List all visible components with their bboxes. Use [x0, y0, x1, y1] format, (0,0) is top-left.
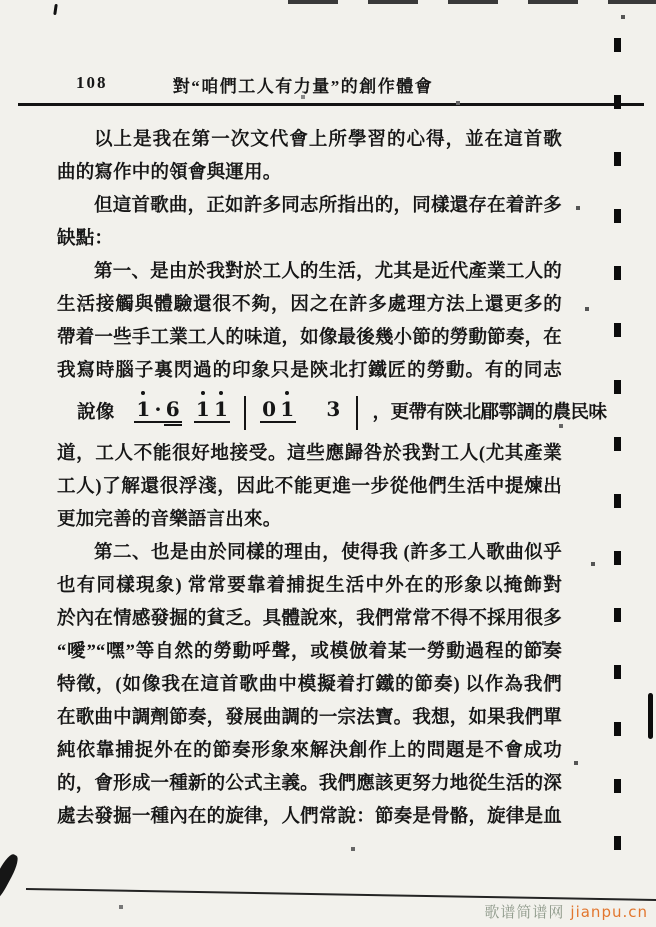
scan-edge-top-dashes [288, 0, 656, 4]
double-underline [164, 424, 182, 426]
octave-dot-icon [201, 391, 205, 395]
octave-dot-icon [219, 391, 223, 395]
body-text: 以上是我在第一次文代會上所學習的心得，並在這首歌曲的寫作中的領會與運用。但這首歌… [57, 124, 562, 834]
octave-dot-icon [285, 391, 289, 395]
text-line: “噯”“嘿”等自然的勞動呼聲，或模倣着某一勞動過程的節奏 [57, 636, 562, 669]
running-title: 對“咱們工人有力量”的創作體會 [173, 72, 434, 97]
text-line: 於內在情感發掘的貧乏。具體說來，我們常常不得不採用很多 [57, 603, 562, 636]
text-line: 處去發掘一種內在的旋律，人們常說：節奏是骨骼，旋律是血 [57, 801, 562, 834]
scan-corner-blob [0, 852, 21, 904]
text-line: 工人)了解還很浮淺，因此不能更進一步從他們生活中提煉出 [57, 471, 562, 504]
binding-mark [648, 693, 653, 739]
text-line: 我寫時腦子裏閃過的印象只是陝北打鐵匠的勞動。有的同志 [57, 355, 562, 388]
scan-speck [53, 4, 58, 15]
text-line: 帶着一些手工業工人的味道，如像最後幾小節的勞動節奏，在 [57, 322, 562, 355]
text-line: 特徵，(如像我在這首歌曲中模擬着打鐵的節奏) 以作為我們 [57, 669, 562, 702]
text-line: 缺點： [57, 223, 562, 256]
text-line: 生活接觸與體驗還很不夠，因之在許多處理方法上還更多的 [57, 289, 562, 322]
watermark: 歌谱简谱网jianpu.cn [484, 901, 648, 922]
jianpu-notation: 1·611013 [128, 396, 366, 430]
music-notation-line: 說像1·611013，更帶有陝北郿鄠調的農民味 [57, 388, 562, 438]
note-group: 3 [322, 399, 344, 428]
scan-noise-specks [0, 0, 2, 2]
note: 0 [260, 399, 278, 419]
note: 3 [324, 399, 342, 419]
watermark-site-name: 歌谱简谱网 [484, 903, 564, 921]
page-header: 108 對“咱們工人有力量”的創作體會 [0, 72, 656, 98]
note: 1 [134, 399, 152, 419]
barline-icon [244, 396, 246, 430]
note-group: 11 [192, 399, 232, 428]
octave-dot-icon [141, 391, 145, 395]
text-line: 以上是我在第一次文代會上所學習的心得，並在這首歌 [57, 124, 562, 157]
watermark-site-url: jianpu.cn [570, 903, 648, 921]
binding-stitch-marks [614, 28, 621, 860]
page-number: 108 [76, 73, 108, 93]
text-line: 第一、是由於我對於工人的生活，尤其是近代產業工人的 [57, 256, 562, 289]
music-line-prefix: 說像 [77, 397, 114, 430]
music-line-suffix: ，更帶有陝北郿鄠調的農民味 [372, 397, 606, 430]
scan-bottom-edge [26, 888, 656, 901]
text-line: 的，會形成一種新的公式主義。我們應該更努力地從生活的深 [57, 768, 562, 801]
note-group: 01 [258, 399, 298, 428]
scanned-book-page: 108 對“咱們工人有力量”的創作體會 以上是我在第一次文代會上所學習的心得，並… [0, 0, 656, 927]
text-line: 在歌曲中調劑節奏，發展曲調的一宗法寶。我想，如果我們單 [57, 702, 562, 735]
note: 1 [278, 399, 296, 419]
text-line: 也有同樣現象) 常常要靠着捕捉生活中外在的形象以掩飾對 [57, 570, 562, 603]
note: 6 [164, 399, 182, 419]
text-line: 曲的寫作中的領會與運用。 [57, 157, 562, 190]
note: · [153, 399, 164, 419]
barline-icon [356, 396, 358, 430]
header-rule [18, 103, 644, 106]
note-group: 1·6 [132, 399, 183, 428]
text-line: 第二、也是由於同樣的理由，使得我 (許多工人歌曲似乎 [57, 537, 562, 570]
note: 1 [194, 399, 212, 419]
note: 1 [212, 399, 230, 419]
text-line: 更加完善的音樂語言出來。 [57, 504, 562, 537]
text-line: 但這首歌曲，正如許多同志所指出的，同樣還存在着許多 [57, 190, 562, 223]
text-line: 純依靠捕捉外在的節奏形象來解決創作上的問題是不會成功 [57, 735, 562, 768]
text-line: 道，工人不能很好地接受。這些應歸咎於我對工人(尤其產業 [57, 438, 562, 471]
